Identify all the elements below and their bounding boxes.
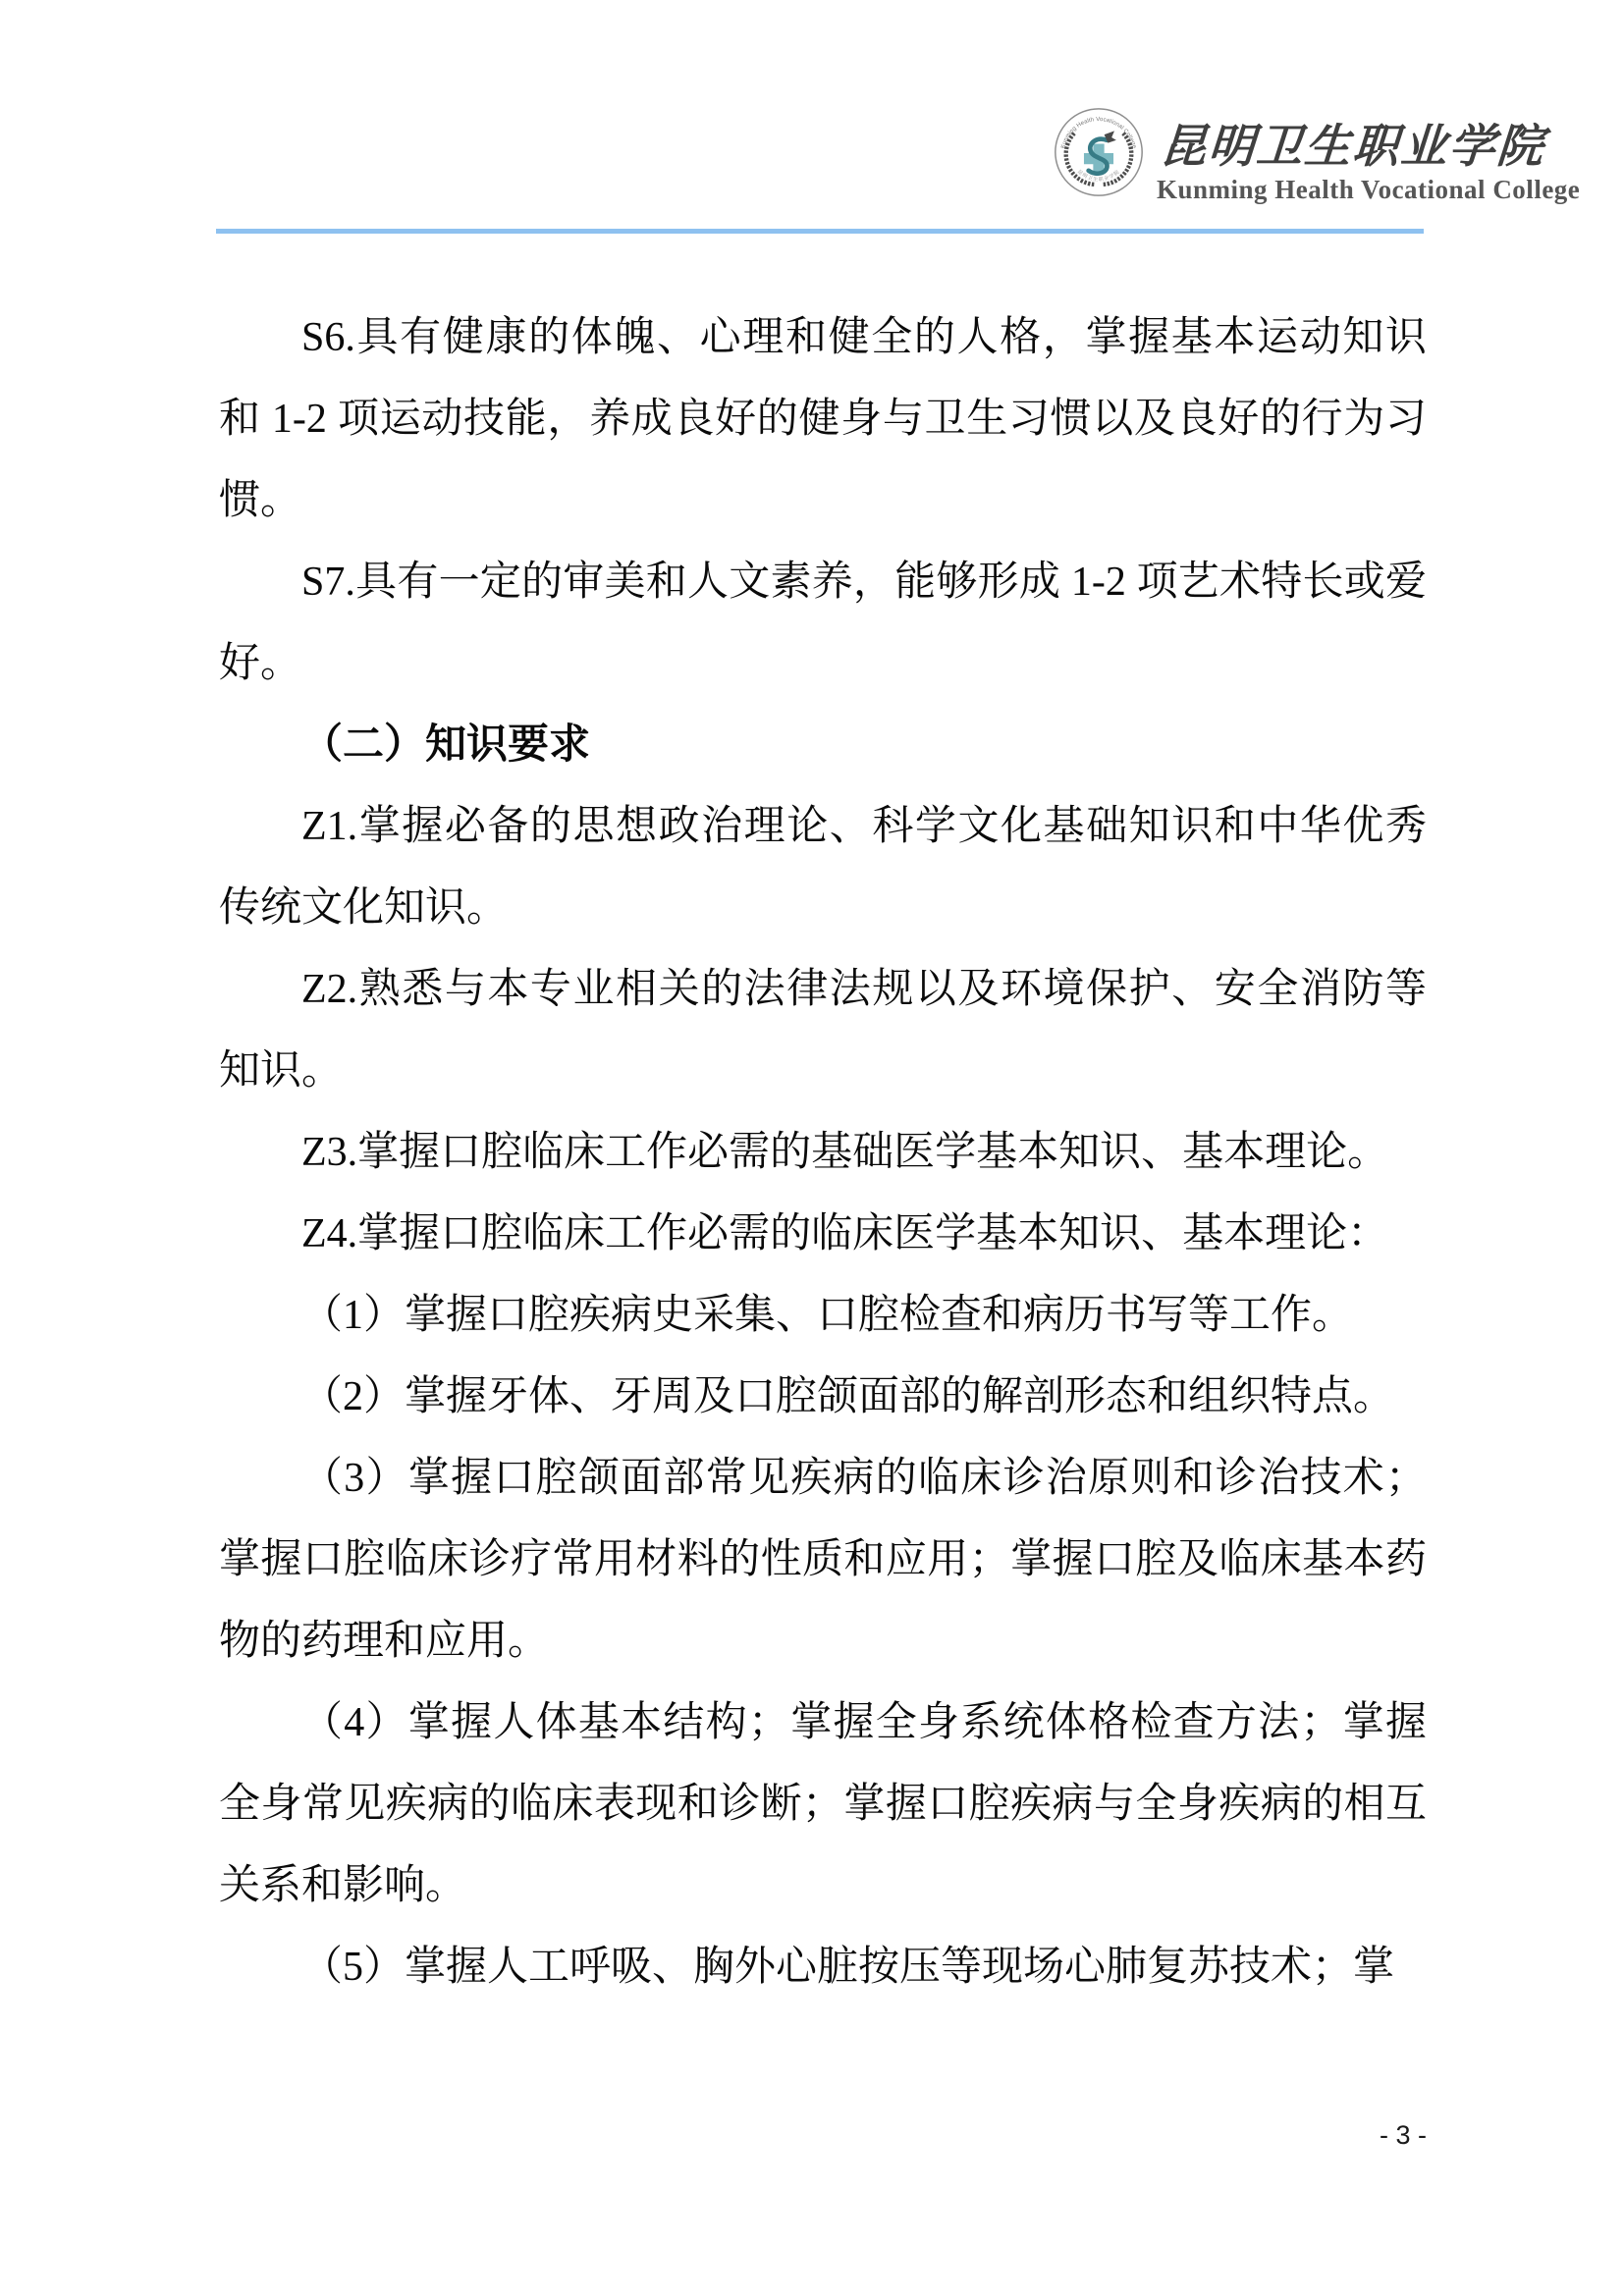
paragraph: Z4.掌握口腔临床工作必需的临床医学基本知识、基本理论： xyxy=(219,1194,1427,1275)
paragraph: （2）掌握牙体、牙周及口腔颌面部的解剖形态和组织特点。 xyxy=(219,1357,1427,1438)
paragraph: Z1.掌握必备的思想政治理论、科学文化基础知识和中华优秀传统文化知识。 xyxy=(219,786,1427,949)
paragraph: （1）掌握口腔疾病史采集、口腔检查和病历书写等工作。 xyxy=(219,1275,1427,1357)
paragraph: （3）掌握口腔颌面部常见疾病的临床诊治原则和诊治技术；掌握口腔临床诊疗常用材料的… xyxy=(219,1438,1427,1682)
college-name-calligraphy: 昆明卫生职业学院 xyxy=(1159,110,1545,173)
document-body: S6.具有健康的体魄、心理和健全的人格，掌握基本运动知识和 1-2 项运动技能，… xyxy=(219,297,1427,2008)
section-heading: （二）知识要求 xyxy=(219,705,1427,786)
document-page: Kunming Health Vocational College 昆明卫生职业… xyxy=(0,0,1624,2296)
paragraph: S7.具有一定的审美和人文素养，能够形成 1-2 项艺术特长或爱好。 xyxy=(219,542,1427,705)
header-divider xyxy=(216,229,1424,234)
paragraph: S6.具有健康的体魄、心理和健全的人格，掌握基本运动知识和 1-2 项运动技能，… xyxy=(219,297,1427,542)
paragraph: （5）掌握人工呼吸、胸外心脏按压等现场心肺复苏技术；掌 xyxy=(219,1927,1427,2008)
paragraph: Z3.掌握口腔临床工作必需的基础医学基本知识、基本理论。 xyxy=(219,1112,1427,1194)
page-number: - 3 - xyxy=(219,2120,1427,2151)
college-name-english: Kunming Health Vocational College xyxy=(1157,175,1580,205)
paragraph: （4）掌握人体基本结构；掌握全身系统体格检查方法；掌握全身常见疾病的临床表现和诊… xyxy=(219,1682,1427,1927)
paragraph: Z2.熟悉与本专业相关的法律法规以及环境保护、安全消防等知识。 xyxy=(219,949,1427,1112)
college-seal-logo: Kunming Health Vocational College 昆明卫生职业… xyxy=(1053,106,1145,198)
